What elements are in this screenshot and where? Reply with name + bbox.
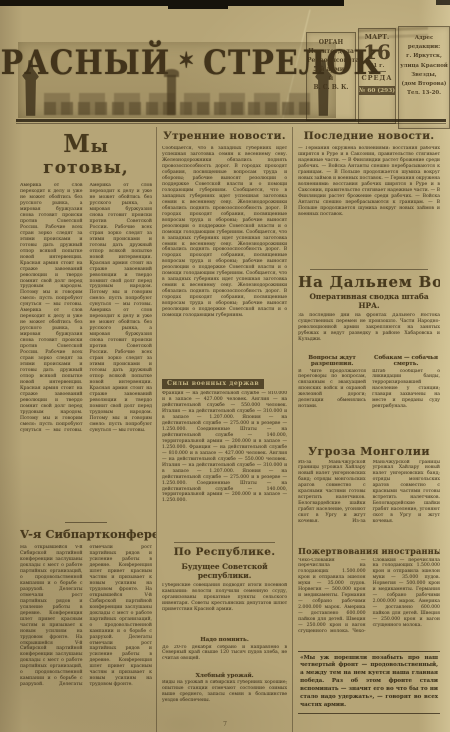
section-subhead: Будущее Советской республики. — [162, 562, 287, 580]
organ-box: ОРГАНПолитотделаРеввоенсовета5-й армиииВ… — [306, 32, 356, 121]
address-line: Тел. 13-20. — [399, 89, 449, 98]
scan-corner-mark — [436, 0, 450, 5]
address-line: Адрес редакции: — [399, 34, 449, 52]
masthead-rule — [16, 119, 446, 122]
section-subhead: Хлебный урожай. — [162, 673, 287, 679]
inverted-subhead-wrap: Силы военных держав — [162, 370, 287, 389]
organ-line: ОРГАН — [307, 38, 355, 47]
section-mini-column: Вопросы ждут разрешения.В Чите продолжаю… — [298, 353, 366, 443]
body-text: На открывшейся V-й Сибирской партийной к… — [20, 545, 152, 731]
body-text: Чехо-Словакия — перечислила на голодающи… — [298, 558, 440, 648]
masthead-title: КРАСНЫЙ ✶ СТРЕЛОК — [18, 44, 336, 83]
inverted-subhead: Силы военных держав — [162, 379, 264, 389]
issue-number: № 60 (293) — [359, 86, 395, 95]
article-columns: Мы готовы,Америка от слов переходит к де… — [20, 127, 440, 732]
article-headline: Утренние новости. — [162, 130, 287, 142]
page-number: 7 — [0, 721, 450, 728]
column-right: Последние новости.— Германия окружена во… — [292, 127, 440, 732]
address-line: улица Красной — [399, 62, 449, 71]
article-headline: Пожертвования иностранных правительств — [298, 546, 440, 556]
article-headline: Последние новости. — [298, 130, 440, 142]
address-line: (дом Второва) — [399, 80, 449, 89]
body-text: Из-за Маньчжурской границы угрожал Хайла… — [298, 460, 440, 542]
section-mini-column: Собакам — собачья смерть.Штаб сообщает о… — [372, 353, 440, 443]
body-text: Губернские совещания подводят итоги посе… — [162, 583, 287, 635]
column-middle: Утренние новости.Сообщается, что в запад… — [156, 127, 292, 732]
body-text: Штаб сообщает о ликвидации банды, террор… — [372, 369, 440, 441]
section-subhead: Вопросы ждут разрешения. — [298, 355, 366, 367]
two-column-sections: Вопросы ждут разрешения.В Чите продолжаю… — [298, 353, 440, 443]
newspaper-page: КРАСНЫЙ ✶ СТРЕЛОК ОРГАНПолитотделаРеввое… — [0, 0, 450, 732]
section-subhead: Оперативная сводка штаба НРА. — [298, 292, 440, 310]
body-text: Франция — на действительной службе — 810… — [162, 391, 287, 539]
body-text: Виды на урожай в сибирских губерниях хор… — [162, 680, 287, 724]
star-icon: ✶ — [178, 51, 195, 72]
date-box: МАРТ. 16 21 г. СРЕДА № 60 (293) — [358, 28, 396, 124]
organ-line: Политотдела — [307, 47, 355, 56]
organ-line: и — [307, 74, 355, 83]
body-text: — Германия окружена волнениями: восстани… — [298, 146, 440, 266]
section-divider — [310, 269, 428, 270]
body-text: В Чите продолжаются переговоры по вопрос… — [298, 369, 366, 441]
column-left: Мы готовы,Америка от слов переходит к де… — [20, 127, 156, 732]
address-line: г. Иркутск, — [399, 52, 449, 61]
body-text: До 20-го декабря собрано и направлено в … — [162, 645, 287, 671]
section-subhead: Угроза Монголии — [298, 445, 440, 458]
date-divider — [368, 71, 386, 72]
article-headline: На Дальнем Востоке — [298, 273, 440, 291]
organ-line: Реввоенсовета — [307, 56, 355, 65]
date-day: 16 — [359, 42, 395, 62]
masthead: КРАСНЫЙ ✶ СТРЕЛОК — [18, 42, 336, 118]
body-text: Америка от слов переходит к делу и уже н… — [20, 183, 152, 519]
body-text: Сообщается, что в западных губерниях иде… — [162, 146, 287, 368]
address-box: Адрес редакции:г. Иркутск,улица КраснойЗ… — [398, 26, 450, 129]
body-text: За последние дни на фронтах Дальнего Вос… — [298, 313, 440, 351]
city-skyline-engraving — [44, 87, 310, 115]
section-subhead: Собакам — собачья смерть. — [372, 355, 440, 367]
date-weekday: СРЕДА — [359, 74, 395, 82]
address-line: Звезды, — [399, 71, 449, 80]
article-headline: Мы готовы, — [20, 129, 152, 178]
scan-edge-bar — [0, 0, 344, 6]
section-subhead: Надо помнить. — [162, 637, 287, 643]
organ-line: В. С. В. К. — [307, 83, 355, 92]
tower-silhouette — [167, 75, 176, 115]
article-headline: V-я Сибпартконференция — [20, 527, 152, 541]
section-divider — [65, 522, 107, 523]
section-divider — [174, 542, 275, 543]
article-headline: По Республике. — [162, 546, 287, 558]
boxed-callout: «Мы уж порешили позабыть про наш четверт… — [298, 651, 440, 715]
organ-line: 5-й армии — [307, 65, 355, 74]
